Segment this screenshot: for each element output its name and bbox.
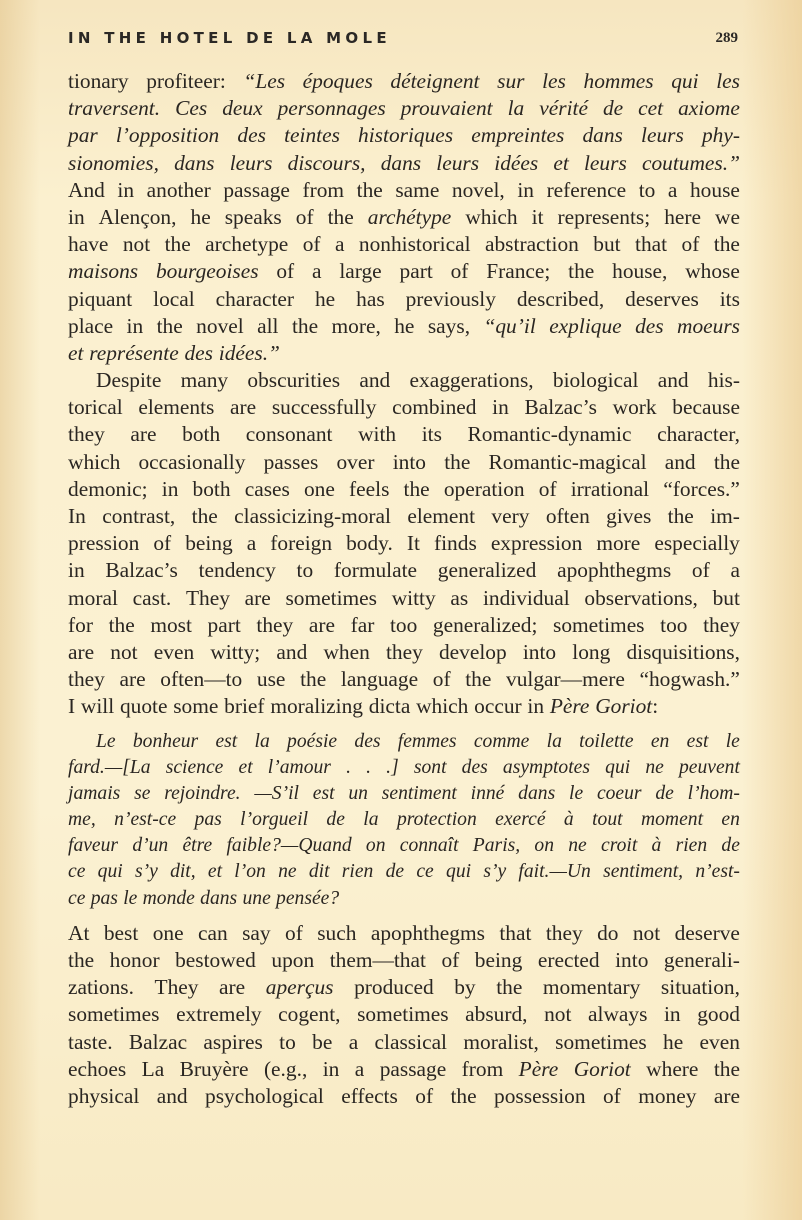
word: in	[68, 204, 85, 231]
word: we	[715, 204, 740, 231]
word: aperçus	[266, 974, 334, 1001]
word: tendency	[199, 557, 276, 584]
word: traversent.	[68, 95, 160, 122]
paragraph-1: tionaryprofiteer:“Lesépoquesdéteignentsu…	[68, 68, 740, 367]
word: in	[127, 313, 144, 340]
word: occasionally	[138, 449, 245, 476]
word: be	[312, 1029, 332, 1056]
text-line: physicalandpsychologicaleffectsoftheposs…	[68, 1083, 740, 1110]
word: consonant	[246, 421, 333, 448]
word: s’y	[135, 859, 158, 886]
word: situation,	[661, 974, 740, 1001]
text-line: toricalelementsaresuccessfullycombinedin…	[68, 394, 740, 421]
word: It	[407, 530, 420, 557]
word: that	[635, 231, 667, 258]
word: en	[721, 807, 740, 834]
word: sometimes	[357, 1001, 449, 1028]
text-line: inAlençon,hespeaksofthearchétypewhichitr…	[68, 204, 740, 231]
word: of	[415, 1083, 433, 1110]
word: comme	[474, 729, 530, 756]
word: where	[646, 1056, 698, 1083]
word: develop	[439, 639, 507, 666]
word: a	[312, 258, 322, 285]
word: “Les	[243, 68, 285, 95]
word: quote	[120, 693, 168, 720]
word: et	[68, 340, 83, 367]
word: a	[668, 177, 678, 204]
word: and	[359, 367, 390, 394]
text-line: placeinthenovelallthemore,hesays,“qu’ile…	[68, 313, 740, 340]
word: finds	[434, 530, 477, 557]
word: they	[703, 612, 740, 639]
text-line: taste.Balzacaspirestobeaclassicalmoralis…	[68, 1029, 740, 1056]
word: generalized	[438, 557, 537, 584]
word: .	[366, 755, 371, 782]
word: dit	[309, 859, 330, 886]
word: leurs	[230, 150, 273, 177]
word: most	[150, 612, 192, 639]
word: apophthegms	[557, 557, 671, 584]
word: (e.g.,	[264, 1056, 307, 1083]
word: la	[363, 807, 378, 834]
word: Goriot:	[595, 693, 658, 720]
word: and	[658, 367, 689, 394]
text-line: theyareoften—tousethelanguageofthevulgar…	[68, 666, 740, 693]
word: are	[130, 421, 156, 448]
word: a	[349, 1029, 359, 1056]
word: Romantic-magical	[489, 449, 647, 476]
word: est	[313, 781, 335, 808]
word: le	[569, 781, 583, 808]
word: Père	[519, 1056, 559, 1083]
word: in	[162, 476, 179, 503]
word: previously	[406, 286, 496, 313]
word: the	[157, 313, 183, 340]
word: the	[292, 313, 318, 340]
word: faveur	[68, 833, 118, 860]
word: upon	[271, 947, 314, 974]
word: obscurities	[247, 367, 340, 394]
word: archétype	[368, 204, 452, 231]
word: biological	[553, 367, 639, 394]
word: taste.	[68, 1029, 113, 1056]
word: de	[721, 833, 740, 860]
word: even	[700, 1029, 740, 1056]
word: described,	[517, 286, 604, 313]
word: dans	[174, 150, 214, 177]
word: sont	[414, 755, 447, 782]
word: déteignent	[390, 68, 479, 95]
word: generalized;	[433, 612, 538, 639]
text-line: whichoccasionallypassesoverintotheRomant…	[68, 449, 740, 476]
word: his-	[708, 367, 740, 394]
word: brief	[224, 693, 264, 720]
word: torical	[68, 394, 123, 421]
word: un	[348, 781, 368, 808]
word: .	[346, 755, 351, 782]
word: de	[326, 807, 345, 834]
word: asymptotes	[503, 755, 590, 782]
word: that	[499, 920, 531, 947]
word: dans	[518, 781, 555, 808]
word: and	[157, 1083, 188, 1110]
word: représente	[89, 340, 179, 367]
word: dicta	[369, 693, 411, 720]
word: hommes	[584, 68, 654, 95]
word: toilette	[579, 729, 633, 756]
word: he	[663, 1029, 683, 1056]
word: foreign	[270, 530, 332, 557]
word: into	[393, 449, 426, 476]
word: over	[336, 449, 374, 476]
word: jamais	[68, 781, 120, 808]
word: by	[454, 974, 475, 1001]
word: witty;	[210, 639, 260, 666]
word: have	[68, 231, 108, 258]
word: long	[572, 639, 610, 666]
text-line: tionaryprofiteer:“Lesépoquesdéteignentsu…	[68, 68, 740, 95]
word: the	[328, 204, 354, 231]
word: abstraction	[485, 231, 579, 258]
word: ce	[68, 886, 85, 913]
text-line: moralcast.Theyaresometimeswittyasindivid…	[68, 585, 740, 612]
word: cases	[245, 476, 290, 503]
text-line: Lebonheurestlapoésiedesfemmescommelatoil…	[68, 729, 740, 755]
page-number: 289	[716, 30, 739, 47]
word: to	[279, 1029, 296, 1056]
text-line: havenotthearchetypeofanonhistoricalabstr…	[68, 231, 740, 258]
word: et	[239, 755, 253, 782]
word: sur	[497, 68, 524, 95]
running-head: IN THE HOTEL DE LA MOLE 289	[68, 26, 738, 50]
word: à	[564, 807, 574, 834]
word: effects	[341, 1083, 398, 1110]
word: place	[68, 313, 113, 340]
word: “hogwash.”	[639, 666, 739, 693]
word: bestowed	[175, 947, 256, 974]
word: novel,	[452, 177, 505, 204]
word: Bruyère	[180, 1056, 249, 1083]
text-line: cequis’ydit,etl’onneditriendecequis’yfai…	[68, 859, 740, 885]
text-line: theyarebothconsonantwithitsRomantic-dyna…	[68, 421, 740, 448]
text-line: inBalzac’stendencytoformulategeneralized…	[68, 557, 740, 584]
word: especially	[654, 530, 740, 557]
word: être	[182, 833, 212, 860]
word: moralizing	[270, 693, 363, 720]
word: pression	[68, 530, 139, 557]
word: époques	[303, 68, 373, 95]
word: the	[714, 231, 740, 258]
word: à	[652, 833, 662, 860]
word: deserve	[675, 920, 740, 947]
word: which	[416, 693, 468, 720]
word: observations,	[584, 585, 697, 612]
word: possession	[494, 1083, 586, 1110]
word: sentiment,	[603, 859, 683, 886]
word: same	[395, 177, 439, 204]
word: qui	[446, 859, 471, 886]
word: phy-	[702, 122, 740, 149]
word: l’hom-	[688, 781, 740, 808]
word: reference	[547, 177, 627, 204]
word: of	[153, 530, 171, 557]
word: In	[68, 503, 86, 530]
word: in	[527, 693, 544, 720]
word: protection	[397, 807, 477, 834]
word: elements	[138, 394, 214, 421]
word: Père	[550, 693, 590, 720]
word: Despite	[96, 367, 161, 394]
word: it	[532, 204, 544, 231]
word: les	[716, 68, 740, 95]
word: la	[255, 729, 270, 756]
word: fait.—Un	[518, 859, 590, 886]
word: ce	[416, 859, 433, 886]
word: too	[660, 612, 687, 639]
word: are	[245, 585, 271, 612]
word: exaggerations,	[410, 367, 534, 394]
word: the	[109, 612, 135, 639]
word: nonhistorical	[359, 231, 471, 258]
word: which	[465, 204, 517, 231]
word: they	[546, 920, 583, 947]
word: operation	[444, 476, 525, 503]
text-line: fard.—[Lascienceetl’amour...]sontdesasym…	[68, 755, 740, 781]
word: house,	[612, 258, 667, 285]
word: pas	[195, 807, 222, 834]
word: l’orgueil	[240, 807, 308, 834]
word: piquant	[68, 286, 132, 313]
word: me,	[68, 807, 96, 834]
word: And	[68, 177, 105, 204]
word: une	[242, 886, 270, 913]
word: demonic;	[68, 476, 148, 503]
word: I	[68, 693, 75, 720]
word: moment	[641, 807, 703, 834]
word: the	[192, 503, 218, 530]
word: the	[714, 1056, 740, 1083]
word: pensée?	[276, 886, 339, 913]
word: a	[730, 557, 740, 584]
word: not	[544, 1001, 571, 1028]
word: sometimes	[553, 612, 645, 639]
book-page: IN THE HOTEL DE LA MOLE 289 tionaryprofi…	[0, 0, 802, 1220]
word: leurs	[584, 150, 627, 177]
word: has	[356, 286, 385, 313]
word: of	[285, 920, 303, 947]
word: the	[496, 974, 522, 1001]
word: tionary	[68, 68, 129, 95]
word: on	[366, 833, 386, 860]
word: says,	[428, 313, 470, 340]
word: they	[68, 666, 105, 693]
word: many	[181, 367, 229, 394]
word: femmes	[398, 729, 457, 756]
word: en	[651, 729, 670, 756]
word: a	[335, 231, 345, 258]
word: zations.	[68, 974, 134, 1001]
word: one	[153, 920, 184, 947]
word: Paris,	[473, 833, 520, 860]
text-line: echoesLaBruyère(e.g.,inapassagefromPèreG…	[68, 1056, 740, 1083]
word: but	[713, 585, 740, 612]
word: bourgeoises	[156, 258, 259, 285]
word: work	[613, 394, 657, 421]
word: qui	[98, 859, 123, 886]
text-line: Andinanotherpassagefromthesamenovel,inre…	[68, 177, 740, 204]
word: which	[68, 449, 120, 476]
word: successfully	[272, 394, 377, 421]
word: not	[110, 639, 137, 666]
text-line: Despitemanyobscuritiesandexaggerations,b…	[68, 367, 740, 394]
word: local	[153, 286, 195, 313]
word: des	[354, 729, 380, 756]
text-line: piquantlocalcharacterhehaspreviouslydesc…	[68, 286, 740, 313]
word: deserves	[625, 286, 699, 313]
word: all	[257, 313, 278, 340]
word: connaît	[400, 833, 459, 860]
word: dit,	[170, 859, 196, 886]
word: classical	[375, 1029, 447, 1056]
word: say	[242, 920, 271, 947]
word: to	[297, 557, 314, 584]
word: They	[155, 974, 199, 1001]
word: l’opposition	[116, 122, 219, 149]
word: vérité	[539, 95, 588, 122]
word: ne	[278, 859, 297, 886]
word: echoes	[68, 1056, 126, 1083]
word: the	[465, 666, 491, 693]
word: s’y	[483, 859, 506, 886]
word: one	[304, 476, 335, 503]
word: of	[296, 204, 314, 231]
word: part	[400, 258, 433, 285]
word: use	[257, 666, 286, 693]
block-quote: Lebonheurestlapoésiedesfemmescommelatoil…	[68, 729, 740, 912]
word: personnages	[278, 95, 386, 122]
word: of	[303, 231, 321, 258]
word: too	[390, 612, 417, 639]
word: contrast,	[102, 503, 175, 530]
word: maisons	[68, 258, 138, 285]
word: la	[547, 729, 562, 756]
word: classicizing-moral	[234, 503, 391, 530]
word: le	[123, 886, 137, 913]
word: to	[639, 177, 656, 204]
word: being	[475, 947, 523, 974]
word: im-	[710, 503, 740, 530]
word: discours,	[288, 150, 366, 177]
text-line: parl’oppositiondesteinteshistoriquesempr…	[68, 122, 740, 149]
word: the	[444, 449, 470, 476]
word: the	[68, 947, 94, 974]
word: witty	[392, 585, 436, 612]
word: tout	[592, 807, 622, 834]
word: empreintes	[471, 122, 564, 149]
word: often	[546, 503, 590, 530]
word: sometimes	[285, 585, 377, 612]
word: le	[726, 729, 740, 756]
word: formulate	[334, 557, 417, 584]
text-line: etreprésentedesidées.”	[68, 340, 740, 367]
word: as	[450, 585, 468, 612]
word: Alençon,	[99, 204, 177, 231]
word: will	[81, 693, 114, 720]
word: far	[351, 612, 375, 639]
word: des	[237, 122, 266, 149]
text-line: jamaisserejoindre.—S’ilestunsentimentinn…	[68, 781, 740, 807]
word: Goriot	[574, 1056, 631, 1083]
word: de	[603, 95, 623, 122]
word: Balzac	[129, 1029, 187, 1056]
word: its	[720, 286, 740, 313]
word: croit	[601, 833, 637, 860]
word: character,	[657, 421, 740, 448]
word: pas	[91, 886, 118, 913]
word: .]	[386, 755, 399, 782]
word: moeurs	[677, 313, 740, 340]
word: idées	[494, 150, 538, 177]
word: passage	[380, 1056, 447, 1083]
word: of	[441, 947, 459, 974]
word: de	[386, 859, 405, 886]
word: passage	[223, 177, 290, 204]
word: les	[542, 68, 566, 95]
text-line: demonic;inbothcasesonefeelstheoperationo…	[68, 476, 740, 503]
word: being	[185, 530, 233, 557]
word: large	[339, 258, 381, 285]
word: prouvaient	[401, 95, 493, 122]
word: and	[276, 639, 307, 666]
text-line: forthemostparttheyarefartoogeneralized;s…	[68, 612, 740, 639]
word: d’un	[132, 833, 168, 860]
word: they	[386, 639, 423, 666]
text-line: Iwillquotesomebriefmoralizingdictawhicho…	[68, 693, 740, 720]
word: speaks	[225, 204, 282, 231]
word: physical	[68, 1083, 139, 1110]
word: absurd,	[465, 1001, 527, 1028]
word: des	[184, 340, 213, 367]
word: sionomies,	[68, 150, 159, 177]
word: in	[517, 177, 534, 204]
word: des	[635, 313, 664, 340]
word: of	[433, 666, 451, 693]
text-line: Incontrast,theclassicizing-moralelementv…	[68, 503, 740, 530]
word: are	[68, 639, 94, 666]
word: its	[422, 421, 442, 448]
word: the	[668, 503, 694, 530]
word: generali-	[664, 947, 740, 974]
word: combined	[392, 394, 476, 421]
word: profiteer:	[146, 68, 226, 95]
word: dans	[381, 150, 421, 177]
text-line: zations.Theyareaperçusproducedbythemomen…	[68, 974, 740, 1001]
word: both	[193, 476, 231, 503]
text-line: maisonsbourgeoisesofalargepartofFrance;t…	[68, 258, 740, 285]
word: dans	[582, 122, 622, 149]
word: very	[491, 503, 529, 530]
word: when	[323, 639, 369, 666]
word: and	[665, 449, 696, 476]
word: best	[104, 920, 138, 947]
word: Balzac’s	[105, 557, 177, 584]
word: cast.	[133, 585, 172, 612]
word: are	[230, 394, 256, 421]
word: rien	[342, 859, 374, 886]
word: sometimes	[68, 1001, 160, 1028]
word: monde	[143, 886, 195, 913]
word: do	[597, 920, 618, 947]
